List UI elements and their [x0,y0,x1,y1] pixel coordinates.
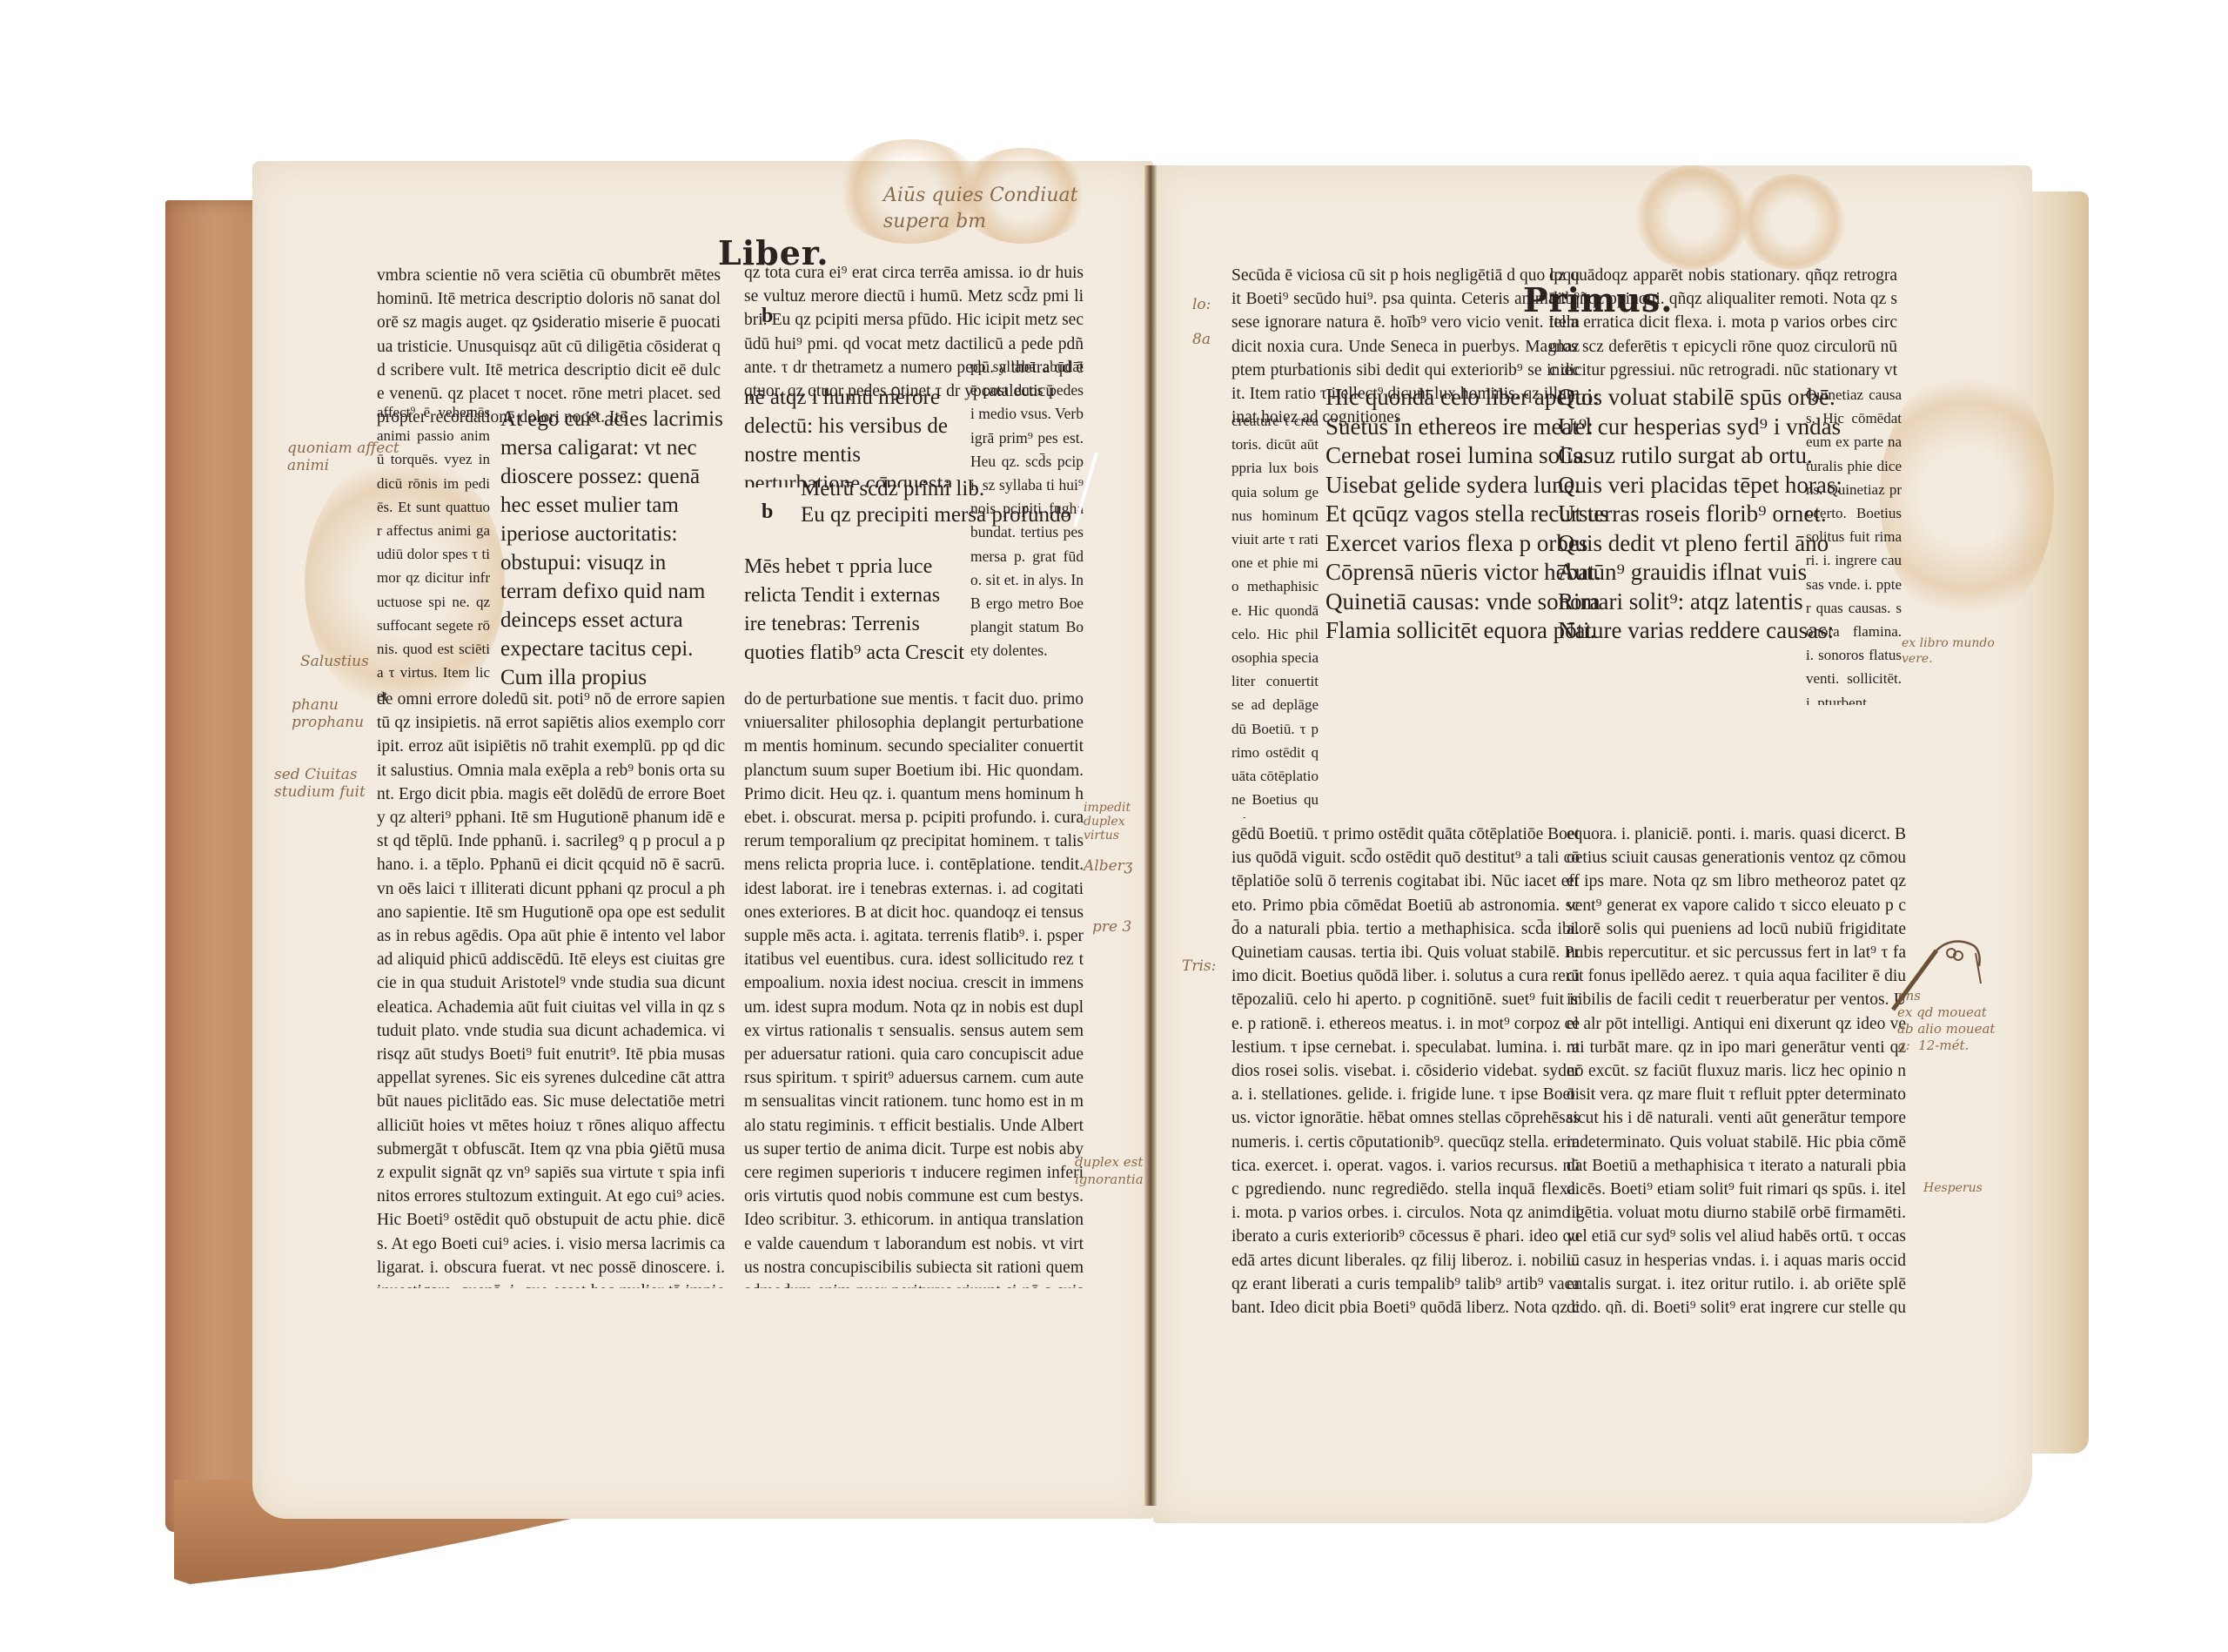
manuscript-note-top: Aiūs quies Condiuat supera bm [883,183,1077,235]
water-stain [1880,366,2054,627]
verse-line: Casuz rutilo surgat ab ortu. [1558,441,1842,471]
water-stain [1636,165,1749,270]
side-gloss-col2: pp syllabā abūdātē post duos pedes i med… [970,355,1084,686]
text-block-col2-top-right: qz quādoqz apparēt nobis stationary. qñq… [1549,264,1897,386]
margin-note: impedit duplex virtus [1084,801,1131,843]
verse-line: Quis veri placidas tēpet horas: [1558,471,1842,500]
margin-note: sed Ciuitas studium fuit [274,766,366,801]
margin-note: ex libro mundo vere. [1902,635,1995,667]
letter-b-marker: b [762,500,773,524]
verse-column-2: Quis voluat stabilē spūs orbē. Uel cur h… [1558,383,1842,646]
page-block-edge [2028,191,2089,1454]
letter-b-marker: b [762,305,773,328]
margin-note: pre 3 [1092,918,1131,936]
margin-note: Salustius [300,653,369,670]
metrum-title: Metrū scd̄z primi lib. [801,474,984,504]
verse-line: Quis dedit vt pleno fertil āno [1558,529,1842,559]
commentary-col1-right: gēdū Boetiū. τ primo ostēdit quāta cōtēp… [1231,823,1580,1314]
margin-note: Hesperus [1923,1179,1983,1197]
margin-note: 8a [1192,331,1211,348]
main-text-prose: At ego cui⁹ acies lacrimis mersa caligar… [500,405,727,692]
verse-line: Autūn⁹ grauidis iflnat vuis [1558,558,1842,588]
commentary-col1-left: de omni errore doledū sit. poti⁹ nō de e… [377,688,725,1288]
main-text-col2: nē atqz i humū merore delectū: his versi… [744,383,962,487]
metrum-verse-lines: Mēs hebet τ ppria luce relicta Tendit i … [744,553,966,670]
verse-line: Rimari solit⁹: atqz latentis [1558,588,1842,617]
margin-note: Tris: [1182,957,1216,975]
water-stain [1741,174,1845,270]
verse-line: Nature varias reddere causas: [1558,616,1842,646]
margin-note: lo: [1192,296,1211,313]
verse-line: Uel cur hesperias syd⁹ i vndas [1558,413,1842,442]
verse-line: Ut terras roseis florib⁹ ornet. [1558,500,1842,529]
paper-tear [1070,453,1105,531]
margin-note: phanu prophanu [292,696,364,731]
book-gutter [1144,165,1157,1506]
commentary-col2-left: do de perturbatione sue mentis. τ facit … [744,688,1084,1288]
manicule-drawing-icon [1889,914,1993,1018]
side-gloss-right: creature τ creatoris. dicūt aūt ppria lu… [1231,409,1319,818]
margin-note: Alberʒ [1084,857,1132,875]
margin-note: quoniam affect animi [287,440,399,474]
side-gloss-right-col3: Quinetiaz causas. Hic cōmēdat eum ex par… [1806,383,1902,705]
margin-note: duplex est ignorantia [1075,1153,1144,1188]
commentary-col2-right: equora. i. planiciē. ponti. i. maris. qu… [1567,823,1906,1314]
verse-line: Quis voluat stabilē spūs orbē. [1558,383,1842,413]
